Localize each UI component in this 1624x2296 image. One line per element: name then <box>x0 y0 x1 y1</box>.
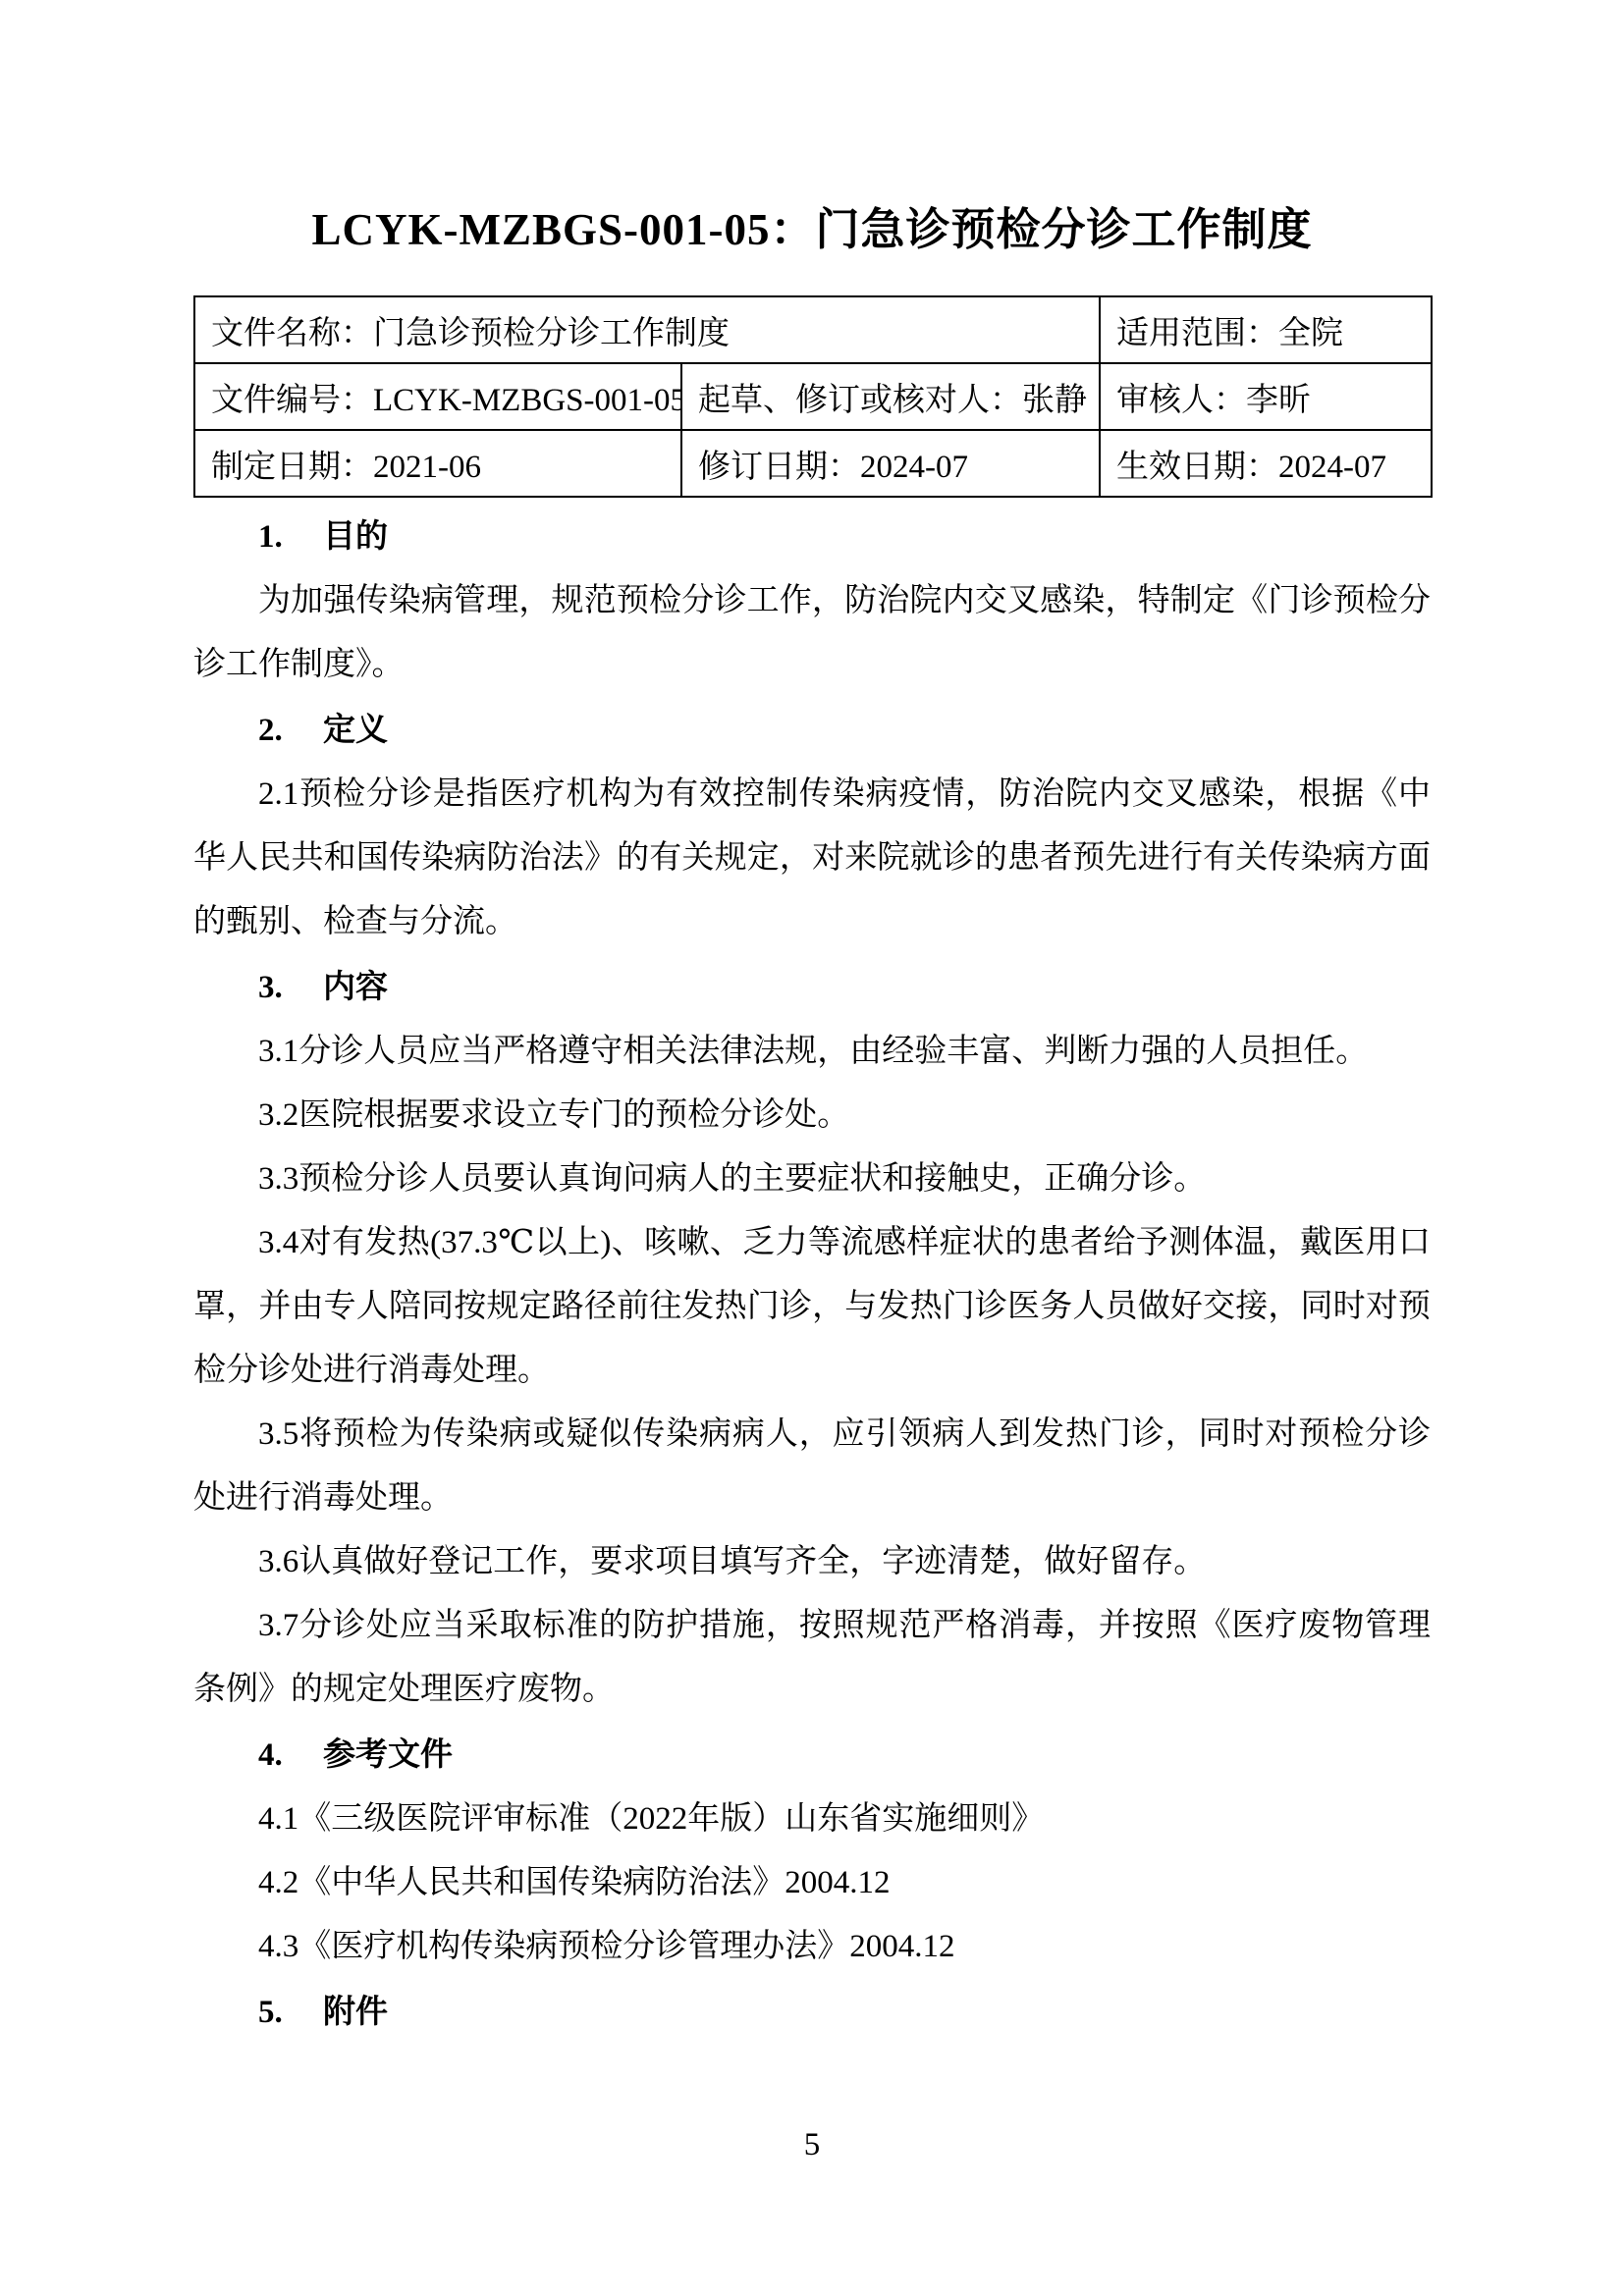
paragraph-purpose: 为加强传染病管理，规范预检分诊工作，防治院内交叉感染，特制定《门诊预检分诊工作制… <box>193 569 1431 697</box>
section-number: 5. <box>258 1981 323 2045</box>
paragraph-content-3-3: 3.3预检分诊人员要认真询问病人的主要症状和接触史，正确分诊。 <box>193 1148 1431 1211</box>
section-heading-content: 3.内容 <box>193 954 1431 1020</box>
section-title: 参考文件 <box>323 1735 453 1772</box>
section-heading-attachments: 5.附件 <box>193 1979 1431 2045</box>
scope-cell: 适用范围：全院 <box>1100 296 1432 363</box>
section-number: 2. <box>258 699 323 763</box>
paragraph-content-3-6: 3.6认真做好登记工作，要求项目填写齐全，字迹清楚，做好留存。 <box>193 1530 1431 1594</box>
document-page: LCYK-MZBGS-001-05：门急诊预检分诊工作制度 文件名称：门急诊预检… <box>0 0 1624 2296</box>
effective-date-cell: 生效日期：2024-07 <box>1100 430 1432 497</box>
section-number: 1. <box>258 506 323 569</box>
created-date-cell: 制定日期：2021-06 <box>194 430 681 497</box>
document-title: LCYK-MZBGS-001-05：门急诊预检分诊工作制度 <box>0 201 1624 258</box>
section-title: 内容 <box>323 968 388 1004</box>
paragraph-definition-2-1: 2.1预检分诊是指医疗机构为有效控制传染病疫情，防治院内交叉感染，根据《中华人民… <box>193 763 1431 954</box>
file-number-cell: 文件编号：LCYK-MZBGS-001-05 <box>194 363 681 430</box>
info-table-row-1: 文件名称：门急诊预检分诊工作制度 适用范围：全院 <box>194 296 1432 363</box>
paragraph-reference-4-1: 4.1《三级医院评审标准（2022年版）山东省实施细则》 <box>193 1788 1431 1851</box>
section-number: 4. <box>258 1724 323 1788</box>
page-number: 5 <box>0 2113 1624 2177</box>
section-heading-references: 4.参考文件 <box>193 1722 1431 1788</box>
paragraph-content-3-4: 3.4对有发热(37.3℃以上)、咳嗽、乏力等流感样症状的患者给予测体温，戴医用… <box>193 1211 1431 1403</box>
document-body: 1.目的 为加强传染病管理，规范预检分诊工作，防治院内交叉感染，特制定《门诊预检… <box>193 504 1431 2045</box>
paragraph-reference-4-2: 4.2《中华人民共和国传染病防治法》2004.12 <box>193 1851 1431 1915</box>
section-title: 附件 <box>323 1993 388 2029</box>
document-info-table: 文件名称：门急诊预检分诊工作制度 适用范围：全院 文件编号：LCYK-MZBGS… <box>193 295 1433 498</box>
paragraph-content-3-1: 3.1分诊人员应当严格遵守相关法律法规，由经验丰富、判断力强的人员担任。 <box>193 1020 1431 1084</box>
paragraph-content-3-7: 3.7分诊处应当采取标准的防护措施，按照规范严格消毒，并按照《医疗废物管理条例》… <box>193 1594 1431 1722</box>
drafter-cell: 起草、修订或核对人：张静 <box>681 363 1100 430</box>
reviewer-cell: 审核人：李昕 <box>1100 363 1432 430</box>
section-title: 定义 <box>323 711 388 747</box>
paragraph-reference-4-3: 4.3《医疗机构传染病预检分诊管理办法》2004.12 <box>193 1915 1431 1979</box>
paragraph-content-3-2: 3.2医院根据要求设立专门的预检分诊处。 <box>193 1084 1431 1148</box>
revised-date-cell: 修订日期：2024-07 <box>681 430 1100 497</box>
info-table-row-2: 文件编号：LCYK-MZBGS-001-05 起草、修订或核对人：张静 审核人：… <box>194 363 1432 430</box>
section-number: 3. <box>258 956 323 1020</box>
file-name-cell: 文件名称：门急诊预检分诊工作制度 <box>194 296 1100 363</box>
info-table-row-3: 制定日期：2021-06 修订日期：2024-07 生效日期：2024-07 <box>194 430 1432 497</box>
section-title: 目的 <box>323 517 388 554</box>
section-heading-definition: 2.定义 <box>193 697 1431 763</box>
section-heading-purpose: 1.目的 <box>193 504 1431 569</box>
paragraph-content-3-5: 3.5将预检为传染病或疑似传染病病人，应引领病人到发热门诊，同时对预检分诊处进行… <box>193 1403 1431 1530</box>
